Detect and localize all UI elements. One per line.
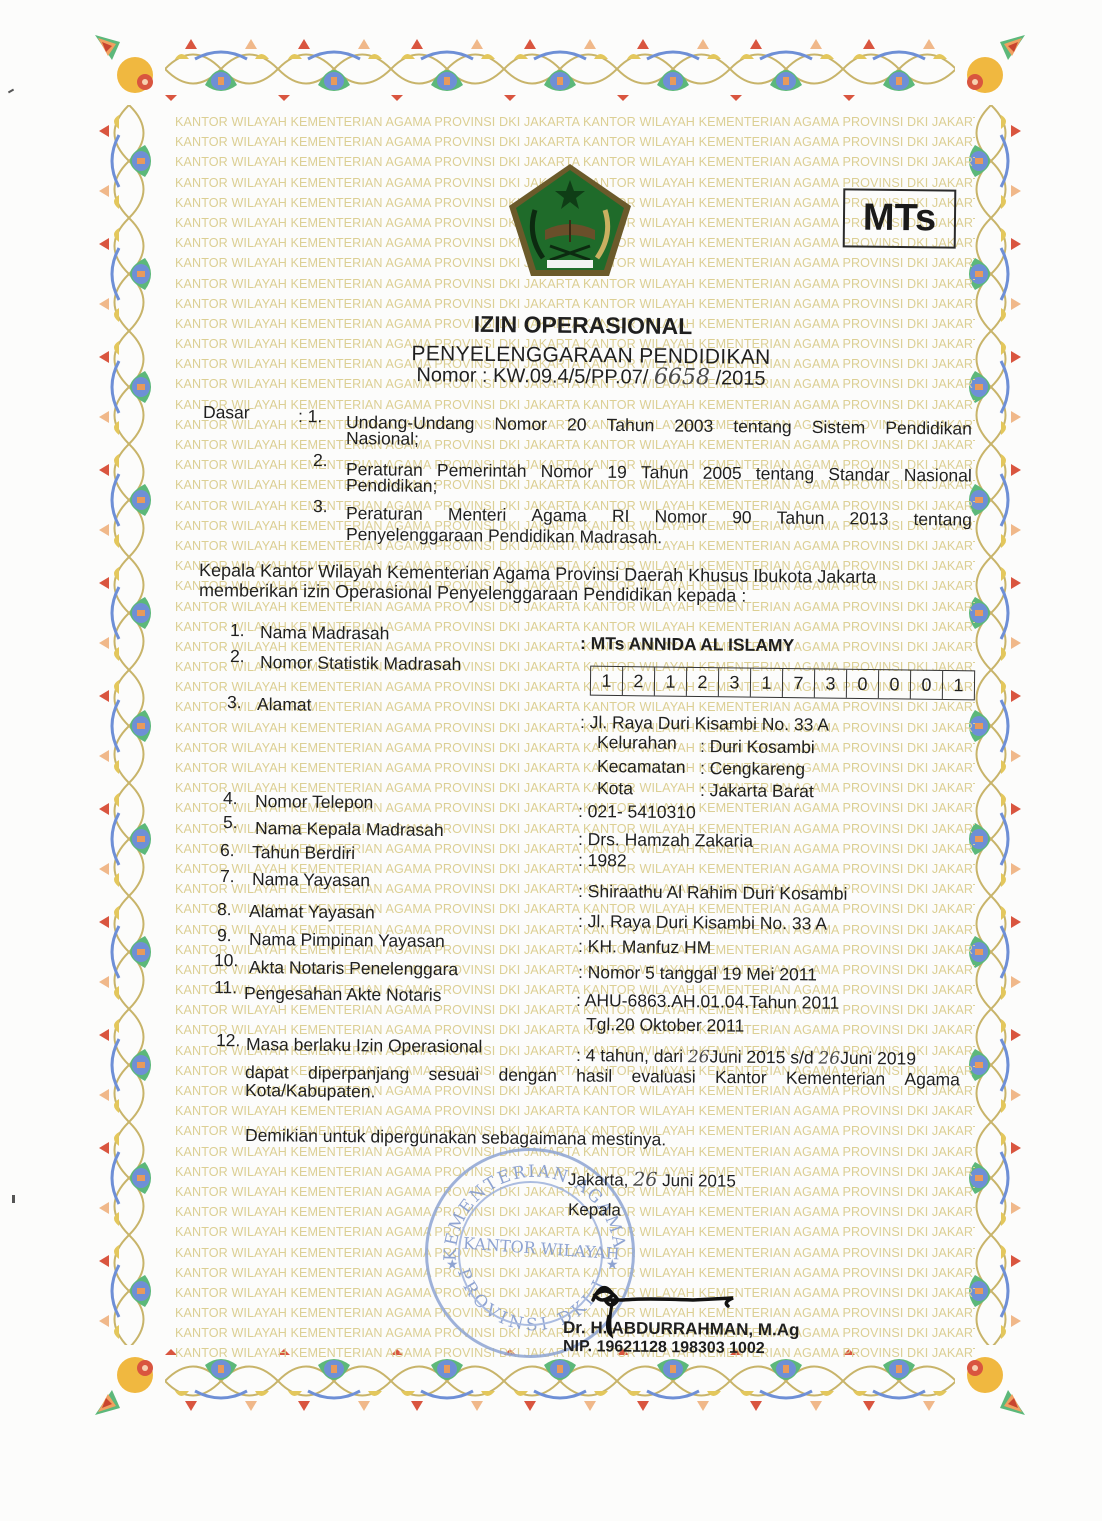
school-type-badge: MTs — [843, 188, 957, 248]
dasar-item-2-line1: PeraturanPemerintahNomor19Tahun2005tenta… — [346, 459, 972, 487]
word: hasil — [576, 1065, 612, 1086]
word: Sistem — [812, 417, 866, 439]
word: dengan — [498, 1065, 557, 1087]
field-11-label: Pengesahan Akte Notaris — [244, 983, 442, 1006]
field-12-start-day-handwritten: 26 — [688, 1047, 710, 1067]
field-9-value: : KH. Manfuz HM — [578, 936, 711, 958]
field-12-label: Masa berlaku Izin Operasional — [246, 1034, 483, 1057]
field-9-label: Nama Pimpinan Yayasan — [249, 929, 445, 952]
field-12-end-day-handwritten: 26 — [818, 1049, 840, 1069]
word: Kementerian — [786, 1068, 885, 1090]
field-1-value: : MTs ANNIDA AL ISLAMY — [580, 633, 794, 656]
statistic-digit-box: 0 — [847, 670, 879, 698]
field-4-value: : 021- 5410310 — [578, 801, 696, 823]
signatory-name: Dr. H. ABDURRAHMAN, M.Ag — [563, 1318, 800, 1340]
statistic-digit-box: 0 — [879, 670, 911, 698]
statistic-digit-box: 3 — [719, 668, 751, 696]
field-3-kelurahan-label: Kelurahan — [597, 732, 677, 754]
field-2-label: Nomor Statistik Madrasah — [260, 652, 462, 675]
field-6-value: : 1982 — [578, 850, 627, 872]
field-8-number: 8. — [217, 899, 232, 920]
signature-position: Kepala — [568, 1200, 621, 1221]
statistic-digit-box: 1 — [655, 667, 687, 695]
certificate-page: KANTOR WILAYAH KEMENTERIAN AGAMA PROVINS… — [0, 0, 1102, 1521]
signature-place-date: Jakarta, 26 Juni 2015 — [568, 1168, 736, 1192]
field-5-number: 5. — [223, 812, 238, 833]
closing-statement: Demikian untuk dipergunakan sebagaimana … — [245, 1125, 666, 1150]
dasar-item-3-line2: Penyelenggaraan Pendidikan Madrasah. — [346, 524, 662, 548]
field-6-number: 6. — [220, 840, 235, 861]
field-3-kelurahan-value: : Duri Kosambi — [700, 736, 815, 758]
field-11-value: : AHU-6863.AH.01.04.Tahun 2011 — [576, 990, 840, 1014]
field-1-number: 1. — [230, 620, 245, 641]
field-4-number: 4. — [223, 788, 238, 809]
signature-day-handwritten: 26 — [633, 1169, 657, 1191]
field-7-number: 7. — [220, 866, 235, 887]
field-3-number: 3. — [227, 692, 242, 713]
document-number-prefix: Nomor : KW.09.4/5/PP.07/ — [416, 364, 648, 388]
field-12-value-prefix: : 4 tahun, dari — [576, 1045, 688, 1066]
word: 19 — [607, 462, 627, 483]
field-3-kecamatan-value: : Cengkareng — [700, 758, 805, 780]
word: 2003 — [674, 415, 713, 436]
word: Peraturan — [346, 503, 423, 525]
field-10-label: Akta Notaris Penelenggara — [249, 957, 458, 980]
dasar-label: Dasar — [203, 402, 250, 423]
statistic-digit-box: 3 — [815, 669, 847, 697]
word: Pendidikan — [885, 418, 972, 440]
word: Tahun — [641, 462, 689, 483]
dasar-item-1-line1: Undang-UndangNomor20Tahun2003tentangSist… — [346, 412, 972, 440]
word: Standar — [828, 464, 890, 486]
signature-month-year: Juni 2015 — [662, 1171, 736, 1191]
word: sesuai — [429, 1064, 480, 1086]
field-4-label: Nomor Telepon — [255, 791, 374, 813]
scan-artifact — [12, 1195, 15, 1203]
field-12-value-suffix: Juni 2019 — [840, 1048, 916, 1069]
svg-text:★: ★ — [446, 1256, 459, 1272]
field-12-continuation-2: Kota/Kabupaten. — [245, 1080, 376, 1102]
statistic-digit-box: 1 — [591, 667, 623, 695]
statistic-digit-box: 0 — [911, 671, 943, 699]
document-number-suffix: /2015 — [715, 367, 765, 390]
dasar-item-2-number: 2. — [313, 450, 328, 471]
word: Tahun — [606, 415, 654, 436]
word: Nomor — [541, 461, 594, 483]
field-7-label: Nama Yayasan — [252, 869, 370, 891]
word: tentang — [913, 509, 972, 531]
field-5-value: : Drs. Hamzah Zakaria — [578, 829, 753, 852]
dasar-item-2-line2: Pendidikan; — [346, 475, 438, 497]
word: Pemerintah — [437, 460, 527, 482]
field-5-label: Nama Kepala Madrasah — [255, 818, 444, 841]
word: Agama — [531, 505, 587, 527]
statistic-digit-box: 2 — [623, 667, 655, 695]
field-10-value: : Nomor 5 tanggal 19 Mei 2011 — [578, 962, 817, 986]
dasar-item-1-number: : 1. — [298, 406, 323, 427]
word: tentang — [756, 463, 815, 485]
statistic-digit-box: 2 — [687, 668, 719, 696]
word: Agama — [904, 1069, 960, 1091]
document-number-handwritten: 6658 — [654, 365, 710, 391]
statistic-digit-box: 7 — [783, 669, 815, 697]
word: 90 — [732, 507, 752, 528]
field-8-label: Alamat Yayasan — [249, 901, 375, 923]
field-1-label: Nama Madrasah — [260, 622, 390, 644]
word: RI — [612, 506, 630, 527]
intro-line-2: memberikan izin Operasional Penyelenggar… — [199, 580, 747, 607]
dasar-item-1-line2: Nasional; — [346, 428, 419, 450]
word: 20 — [567, 414, 587, 435]
field-11-number: 11. — [214, 977, 237, 998]
field-2-number: 2. — [230, 646, 245, 667]
field-8-value: : Jl. Raya Duri Kisambi No. 33 A — [578, 911, 827, 935]
field-10-number: 10. — [214, 950, 239, 971]
statistic-digit-box: 1 — [751, 669, 783, 697]
word: Nasional — [904, 465, 972, 487]
word: 2013 — [849, 508, 888, 529]
field-12-value-mid: Juni 2015 s/d — [709, 1046, 818, 1067]
word: Tahun — [777, 508, 825, 529]
ministry-emblem-icon — [505, 160, 635, 280]
certificate-content: MTs IZIN OPERASIONAL PENYELENGGARAAN PEN… — [0, 0, 1102, 1521]
word: tentang — [733, 416, 792, 438]
field-11-date: Tgl.20 Oktober 2011 — [586, 1014, 744, 1037]
field-3-label: Alamat — [257, 694, 312, 716]
signatory-nip: NIP. 19621128 198303 1002 — [563, 1338, 765, 1358]
word: Nomor — [654, 506, 707, 528]
word: Nomor — [494, 414, 547, 436]
dasar-item-3-number: 3. — [313, 496, 328, 517]
field-12-number: 12. — [216, 1030, 241, 1051]
field-6-label: Tahun Berdiri — [252, 842, 355, 864]
word: evaluasi — [631, 1066, 695, 1088]
field-3-kota-value: : Jakarta Barat — [700, 780, 814, 802]
statistic-digit-box: 1 — [943, 671, 974, 699]
word: Kantor — [715, 1067, 767, 1089]
field-7-value: : Shiraathu Al Rahim Duri Kosambi — [578, 881, 848, 905]
field-9-number: 9. — [217, 925, 232, 946]
field-3-kecamatan-label: Kecamatan — [597, 756, 686, 778]
signature-place: Jakarta, — [568, 1170, 629, 1190]
word: Menteri — [448, 504, 507, 526]
statistic-number-boxes: 121231730001 — [590, 666, 975, 701]
word: 2005 — [703, 463, 742, 484]
field-3-kota-label: Kota — [597, 778, 633, 799]
